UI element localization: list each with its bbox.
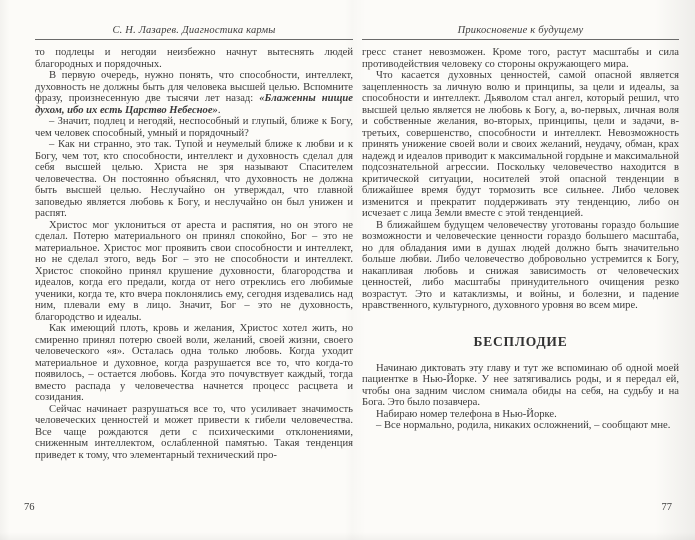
paragraph: Сейчас начинает разрушаться все то, что … <box>35 404 353 462</box>
paragraph: Как имеющий плоть, кровь и желания, Хрис… <box>35 323 353 404</box>
right-header-rule <box>362 39 679 40</box>
dialogue-paragraph: – Как ни странно, это так. Тупой и неуме… <box>35 139 353 220</box>
right-page-number: 77 <box>662 502 673 513</box>
dialogue-paragraph: – Все нормально, родила, никаких осложне… <box>362 420 679 432</box>
paragraph: Христос мог уклониться от ареста и распя… <box>35 220 353 324</box>
paragraph: гресс станет невозможен. Кроме того, рас… <box>362 47 679 70</box>
left-running-header: С. Н. Лазарев. Диагностика кармы <box>35 25 353 36</box>
section-heading: БЕСПЛОДИЕ <box>362 334 679 350</box>
book-spread: С. Н. Лазарев. Диагностика кармы то подл… <box>0 0 695 540</box>
paragraph: В ближайшем будущем человечеству уготова… <box>362 220 679 312</box>
right-page-text: гресс станет невозможен. Кроме того, рас… <box>362 47 679 432</box>
right-page: Прикосновение к будущему гресс станет не… <box>362 0 679 540</box>
paragraph: Набираю номер телефона в Нью-Йорке. <box>362 409 679 421</box>
left-page-number: 76 <box>24 502 35 513</box>
left-page: С. Н. Лазарев. Диагностика кармы то подл… <box>35 0 353 540</box>
left-page-text: то подлецы и негодяи неизбежно начнут вы… <box>35 47 353 461</box>
paragraph-text: . <box>218 105 221 116</box>
paragraph: В первую очередь, нужно понять, что спос… <box>35 70 353 116</box>
paragraph: Начинаю диктовать эту главу и тут же всп… <box>362 363 679 409</box>
dialogue-paragraph: – Значит, подлец и негодяй, неспособный … <box>35 116 353 139</box>
right-running-header: Прикосновение к будущему <box>362 25 679 36</box>
left-header-rule <box>35 39 353 40</box>
paragraph: Что касается духовных ценностей, самой о… <box>362 70 679 220</box>
paragraph: то подлецы и негодяи неизбежно начнут вы… <box>35 47 353 70</box>
